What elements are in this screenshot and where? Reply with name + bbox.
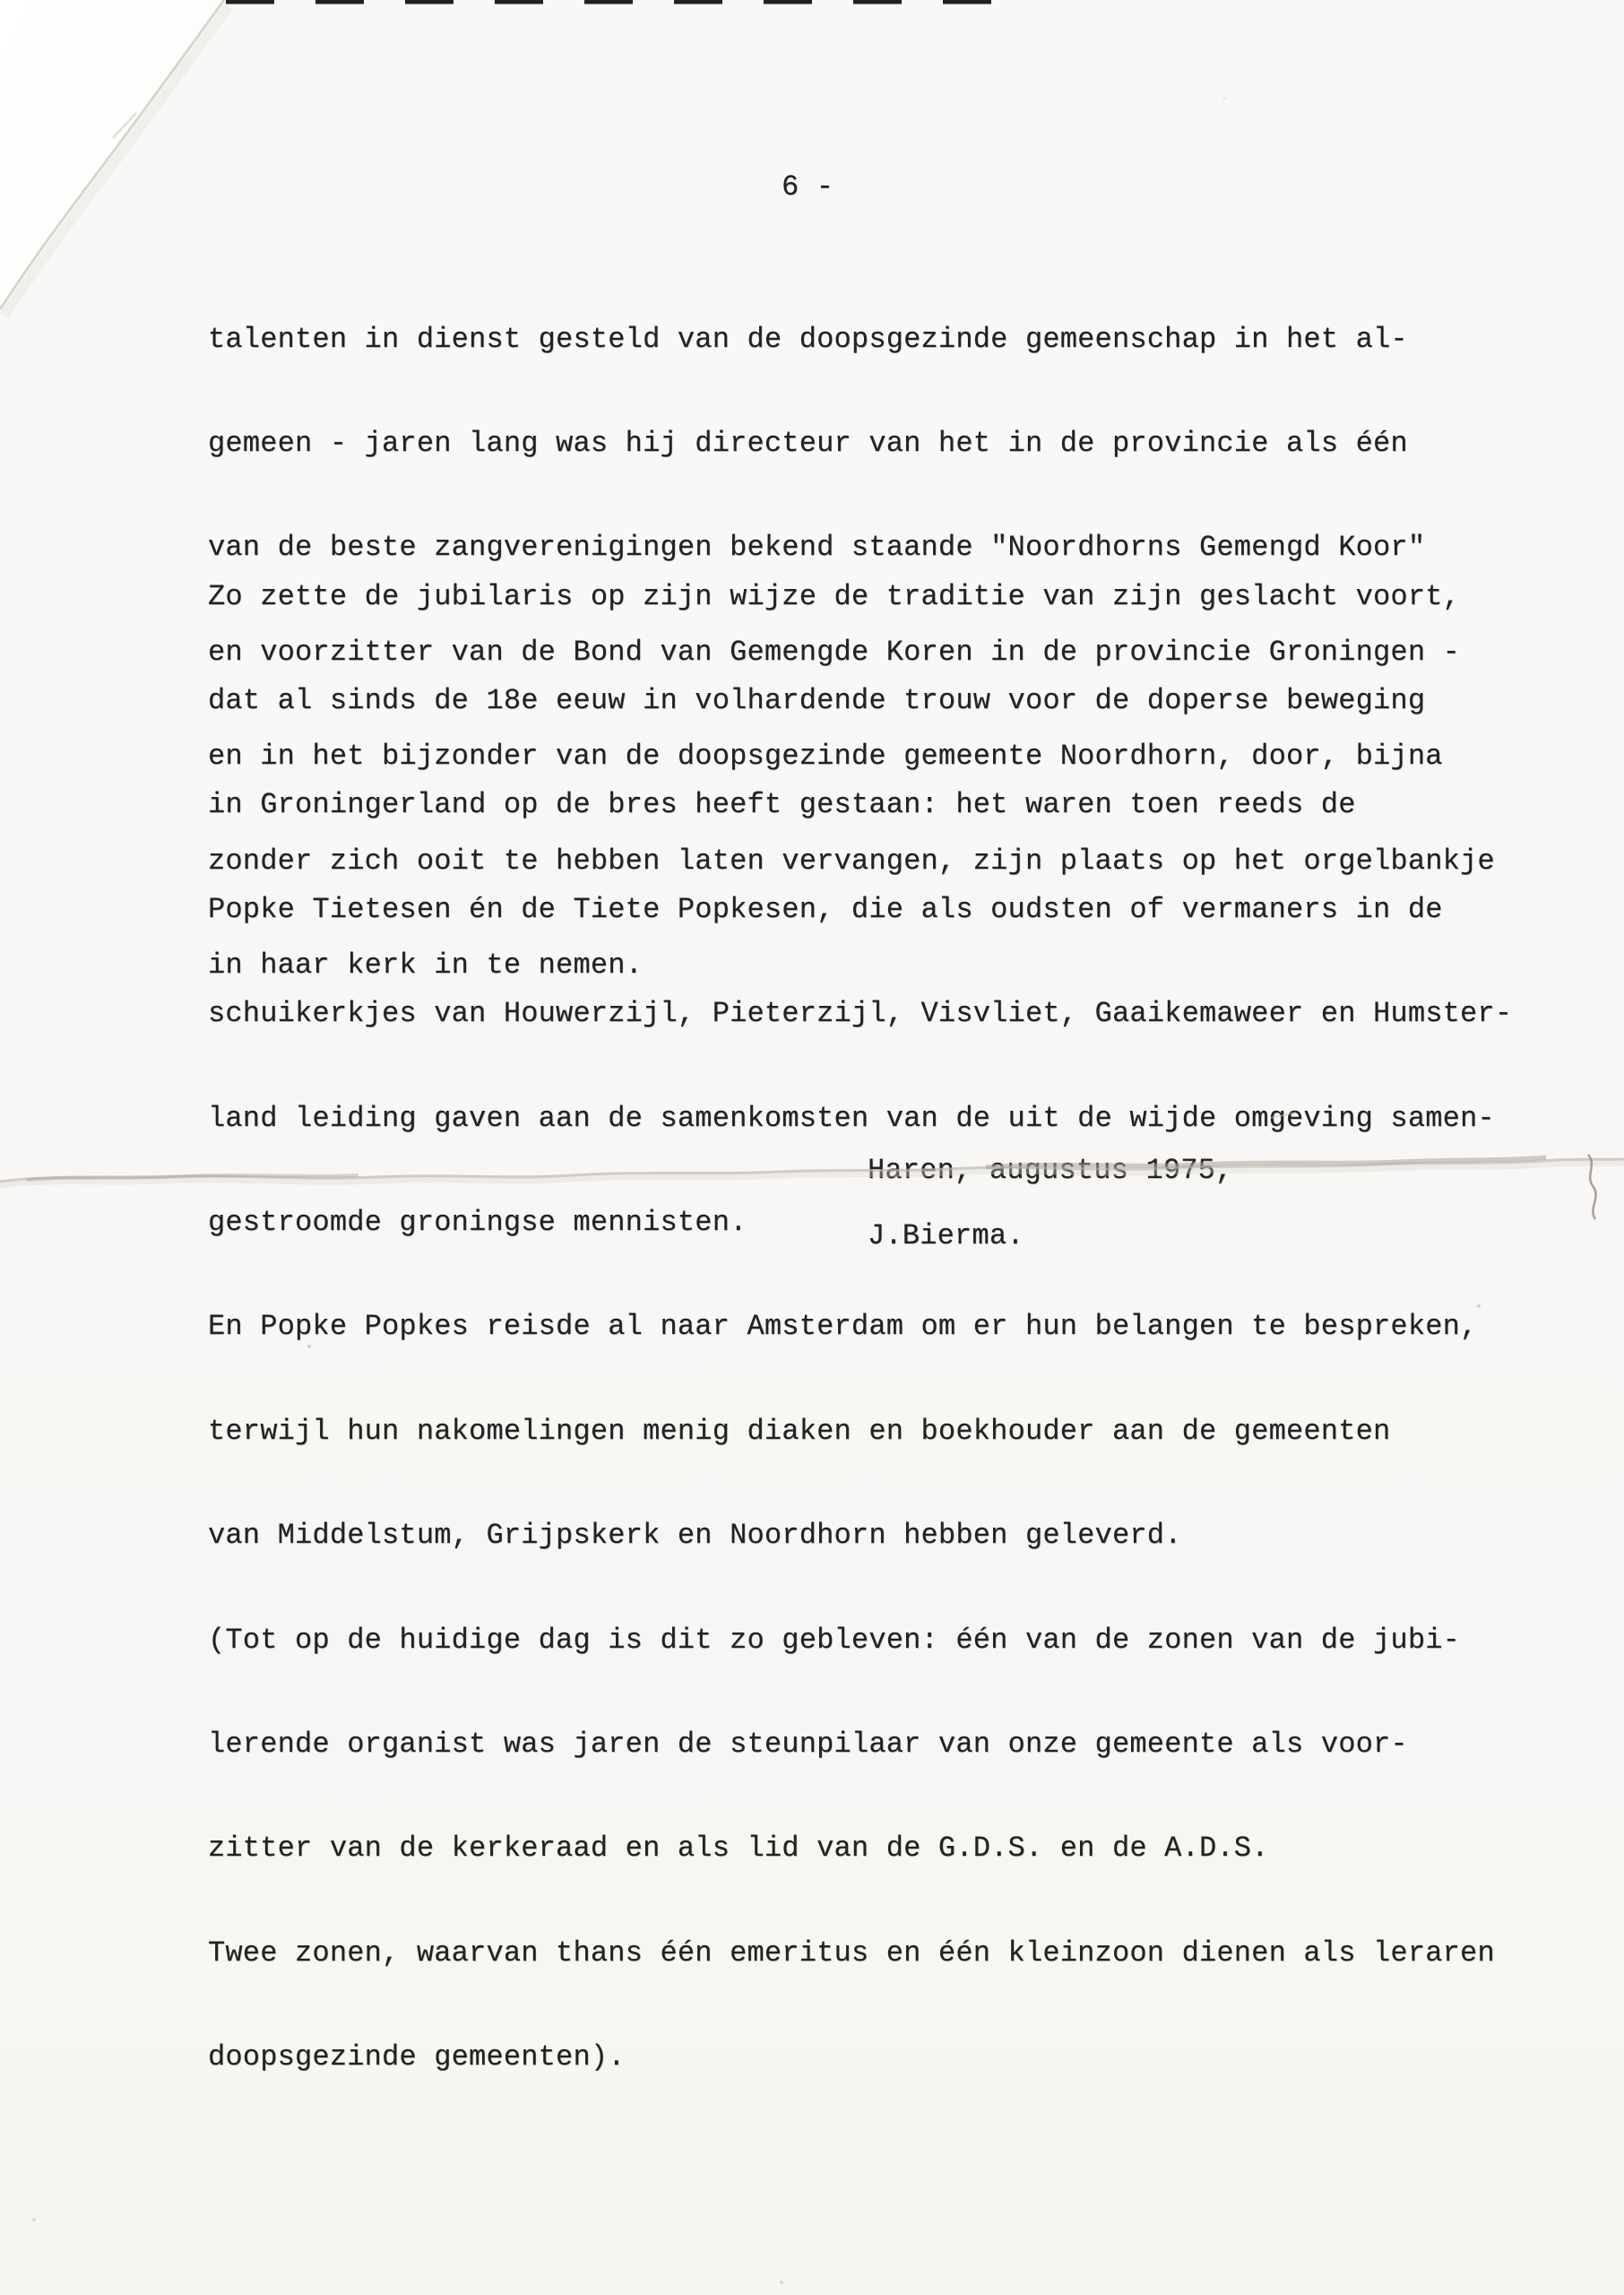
paper-speck — [32, 2218, 36, 2221]
text-line: Popke Tietesen én de Tiete Popkesen, die… — [208, 893, 1512, 928]
scanned-document-page: 6 - talenten in dienst gesteld van de do… — [0, 0, 1624, 2295]
text-line: van Middelstum, Grijpskerk en Noordhorn … — [208, 1519, 1512, 1554]
signature-name: J.Bierma. — [868, 1219, 1024, 1254]
text-line: En Popke Popkes reisde al naar Amsterdam… — [208, 1310, 1512, 1345]
text-line: (Tot op de huidige dag is dit zo gebleve… — [208, 1624, 1512, 1658]
paper-speck — [780, 2281, 783, 2284]
text-line: talenten in dienst gesteld van de doopsg… — [208, 323, 1495, 358]
folded-paper-corner — [0, 0, 235, 316]
text-line: Twee zonen, waarvan thans één emeritus e… — [208, 1936, 1512, 1971]
text-line: doopsgezinde gemeenten). — [208, 2040, 1512, 2075]
text-line: in Groningerland op de bres heeft gestaa… — [208, 788, 1512, 823]
closing-place-date: Haren, augustus 1975, — [868, 1154, 1232, 1189]
text-line: schuikerkjes van Houwerzijl, Pieterzijl,… — [208, 997, 1512, 1032]
text-line: gestroomde groningse mennisten. — [208, 1206, 1512, 1241]
paragraph-2: Zo zette de jubilaris op zijn wijze de t… — [208, 510, 1512, 2144]
text-line: gemeen - jaren lang was hij directeur va… — [208, 427, 1495, 462]
page-number: 6 - — [782, 170, 834, 205]
text-line: dat al sinds de 18e eeuw in volhardende … — [208, 684, 1512, 719]
text-line: land leiding gaven aan de samenkomsten v… — [208, 1102, 1512, 1137]
text-line: lerende organist was jaren de steunpilaa… — [208, 1728, 1512, 1762]
text-line: terwijl hun nakomelingen menig diaken en… — [208, 1415, 1512, 1450]
crease-right-hook — [1588, 1155, 1596, 1219]
text-line: zitter van de kerkeraad en als lid van d… — [208, 1832, 1512, 1866]
text-line: Zo zette de jubilaris op zijn wijze de t… — [208, 580, 1512, 615]
paper-speck — [1223, 98, 1226, 100]
